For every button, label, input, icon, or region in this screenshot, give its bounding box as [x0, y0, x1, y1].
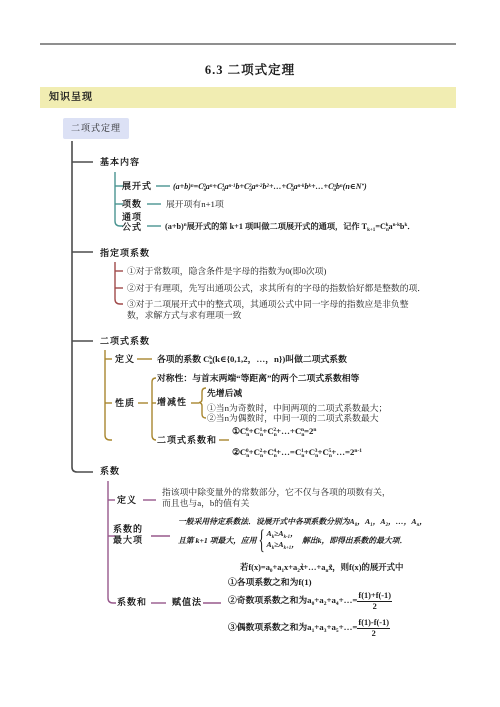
coeff-sum-item-2: ②奇数项系数之和为a0+a2+a4+…=f(1)+f(-1)2	[228, 591, 392, 611]
max-term-label-line1: 系数的	[113, 524, 143, 535]
expansion-formula: (a+b)n=Cn0an+Cn1an-1b+Cn2an-2b2+…+Cnkan-…	[173, 181, 367, 192]
node-max-term: 系数的 最大项	[113, 524, 143, 546]
node-monotonicity: 增减性	[157, 397, 187, 408]
term-count-text: 展开项有n+1项	[166, 199, 224, 210]
node-expansion: 展开式	[122, 181, 152, 192]
node-properties: 性质	[115, 398, 135, 409]
max-term-line2: 且第 k+1 项最大，应用 Ak≥Ak-1， Ak≥Ak+1， 解出k，即得出系…	[178, 527, 407, 553]
node-binom-sum: 二项式系数和	[157, 435, 217, 446]
general-term-label-line2: 公式	[122, 222, 142, 232]
monotonicity-item-3: ②当n为偶数时，中间一项的二项式系数最大	[207, 413, 379, 424]
specified-item-2: ②对于有理项，先写出通项公式，求其所有的字母的指数恰好都是整数的项．	[127, 283, 426, 294]
general-term-label-line1: 通项	[122, 212, 142, 222]
binom-sum-formula-2: ②Cn0+Cn2+Cn4+…=Cn1+Cn3+Cn5+…=2n-1	[232, 447, 362, 458]
top-rule	[40, 43, 456, 45]
coeff-sum-item-3: ③偶数项系数之和为a1+a3+a5+…=f(1)-f(-1)2	[228, 618, 390, 638]
specified-item-3: ③对于二项展开式中的整式项，其通项公式中同一字母的指数应是非负整数，求解方式与求…	[127, 299, 415, 320]
root-node: 二项式定理	[63, 118, 129, 139]
coeff-definition-text: 指该项中除变量外的常数部分，它不仅与各项的项数有关，而且也与a，b的值有关	[162, 487, 398, 508]
max-term-line2-pre: 且第 k+1 项最大，应用	[178, 535, 257, 546]
coeff-sum-item-1: ①各项系数之和为f(1)	[228, 577, 312, 588]
node-term-count: 项数	[122, 199, 142, 210]
max-term-line1: 一般采用待定系数法．设展开式中各项系数分别为A0，A1，A2，…，An，	[178, 516, 427, 527]
binom-definition-text: 各项的系数 Cnk(k∈{0,1,2，…，n})叫做二项式系数	[157, 354, 347, 365]
monotonicity-item-1: 先增后减	[207, 388, 242, 399]
max-term-case-2: Ak≥Ak+1，	[267, 540, 300, 551]
max-term-case-1: Ak≥Ak-1，	[267, 529, 300, 540]
branch-specified-lines	[115, 262, 123, 304]
node-coeff-sum: 系数和	[117, 597, 147, 608]
max-term-line2-post: 解出k，即得出系数的最大项．	[302, 535, 407, 546]
symmetry-text: 对称性：与首末两端“等距离”的两个二项式系数相等	[157, 373, 359, 384]
fx-intro-line: 若f(x)=a0+a1x+a2x2+…+anxn，则f(x)的展开式中	[240, 562, 403, 573]
node-specified-coeff: 指定项系数	[100, 248, 150, 259]
document-page: 6.3 二项式定理 知识呈现 二项式定理	[0, 0, 500, 707]
max-term-label-line2: 最大项	[113, 535, 143, 546]
node-coeff-definition: 定义	[117, 495, 137, 506]
monotonicity-item-2: ①当n为奇数时，中间两项的二项式系数最大；	[207, 403, 387, 414]
node-general-term: 通项 公式	[122, 212, 142, 232]
node-basic-content: 基本内容	[100, 157, 140, 168]
node-binom-definition: 定义	[115, 354, 135, 365]
binom-sum-formula-1: ①Cn0+Cn1+Cn2+…+Cnn=2n	[232, 426, 316, 437]
page-title: 6.3 二项式定理	[0, 60, 500, 78]
node-binomial-coeff: 二项式系数	[100, 336, 150, 347]
section-banner-label: 知识呈现	[49, 92, 93, 103]
node-assignment-method: 赋值法	[172, 597, 202, 608]
node-coefficient: 系数	[100, 466, 120, 477]
general-term-formula: (a+b)n展开式的第 k+1 项叫做二项展开式的通项，记作 Tk+1=Cnka…	[165, 221, 416, 232]
specified-item-1: ①对于常数项，隐含条件是字母的指数为0(即0次项)	[127, 266, 326, 277]
section-banner: 知识呈现	[40, 87, 456, 108]
max-term-cases: Ak≥Ak-1， Ak≥Ak+1，	[260, 529, 300, 550]
main-spine-lines	[72, 141, 93, 472]
